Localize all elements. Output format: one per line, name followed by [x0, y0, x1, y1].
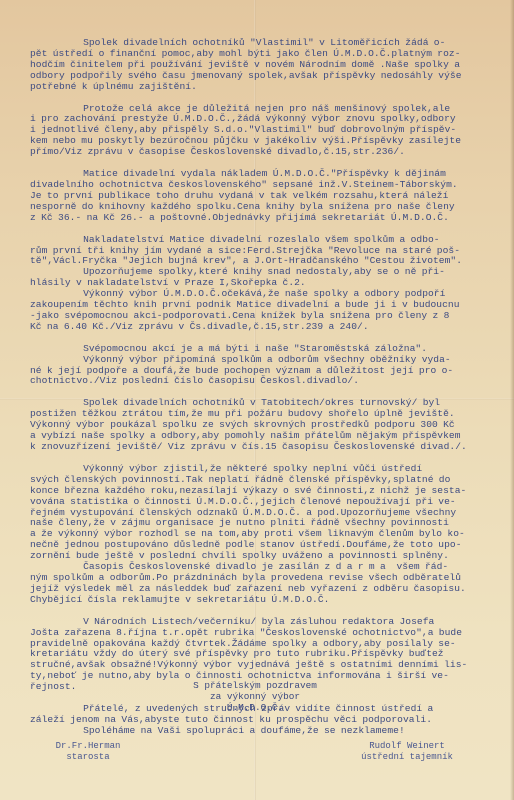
closing-line: Ú.M.D.O.Č.	[180, 703, 330, 714]
text-line: vována statistika o činnosti Ú.M.D.O.Č.,…	[30, 497, 494, 508]
letter-body: Spolek divadelních ochotníků "Vlastimil"…	[30, 38, 494, 737]
paragraph: Spolek divadelních ochotníků "Vlastimil"…	[30, 38, 494, 93]
signatory-name: Dr.Fr.Herman	[48, 741, 128, 752]
text-line: Kč na 6.40 Kč./Viz zprávu v Čs.divadle,č…	[30, 322, 494, 333]
paragraph: Výkonný výbor zjistil,že některé spolky …	[30, 464, 494, 606]
closing-greeting: S přátelským pozdravem za výkonný výbor …	[180, 681, 330, 713]
signatory-name: Rudolf Weinert	[352, 741, 462, 752]
paper-edge	[510, 0, 514, 800]
text-line: V Národních Listech/večerníku/ byla zásl…	[30, 617, 494, 628]
text-line: k znovuzřízení jeviště/ Viz zprávu v čís…	[30, 442, 494, 453]
text-line: Výkonný výbor připomíná spolkům a odborů…	[30, 355, 494, 366]
paragraph: Spolek divadelních ochotníků v Tatobitec…	[30, 398, 494, 453]
signature-secretary: Rudolf Weinert ústřední tajemník	[352, 741, 462, 762]
text-line: chotnictvo./Viz poslední číslo časopisu …	[30, 376, 494, 387]
text-line: Jošta zařazena 8.října t.r.opět rubrika …	[30, 628, 494, 639]
text-line: přímo/Viz zprávu v časopise Českoslovens…	[30, 147, 494, 158]
closing-line: za výkonný výbor	[180, 692, 330, 703]
signatory-title: ústřední tajemník	[352, 752, 462, 763]
text-line: z Kč 36.- na Kč 26.- a poštovné.Objednáv…	[30, 213, 494, 224]
paragraph: Matice divadelní vydala nákladem Ú.M.D.O…	[30, 169, 494, 224]
text-line: konce března každého roku,nezasílají výk…	[30, 486, 494, 497]
paragraph: Nakladatelství Matice divadelní rozeslal…	[30, 235, 494, 333]
paragraph: Protože celá akce je důležitá nejen pro …	[30, 104, 494, 159]
signature-chairman: Dr.Fr.Herman starosta	[48, 741, 128, 762]
text-line: Nakladatelství Matice divadelní rozeslal…	[30, 235, 494, 246]
text-line: Chybějící čísla reklamujte v sekretariát…	[30, 595, 494, 606]
text-line: potřebné k úplnému zajištění.	[30, 82, 494, 93]
text-line: Spoléháme na Vaši spolupráci a doufáme,ž…	[30, 726, 494, 737]
text-line: odbory podpořily svého času jmenovaný sp…	[30, 71, 494, 82]
signatory-title: starosta	[48, 752, 128, 763]
paragraph: Svépomocnou akcí je a má býti i naše "St…	[30, 344, 494, 388]
